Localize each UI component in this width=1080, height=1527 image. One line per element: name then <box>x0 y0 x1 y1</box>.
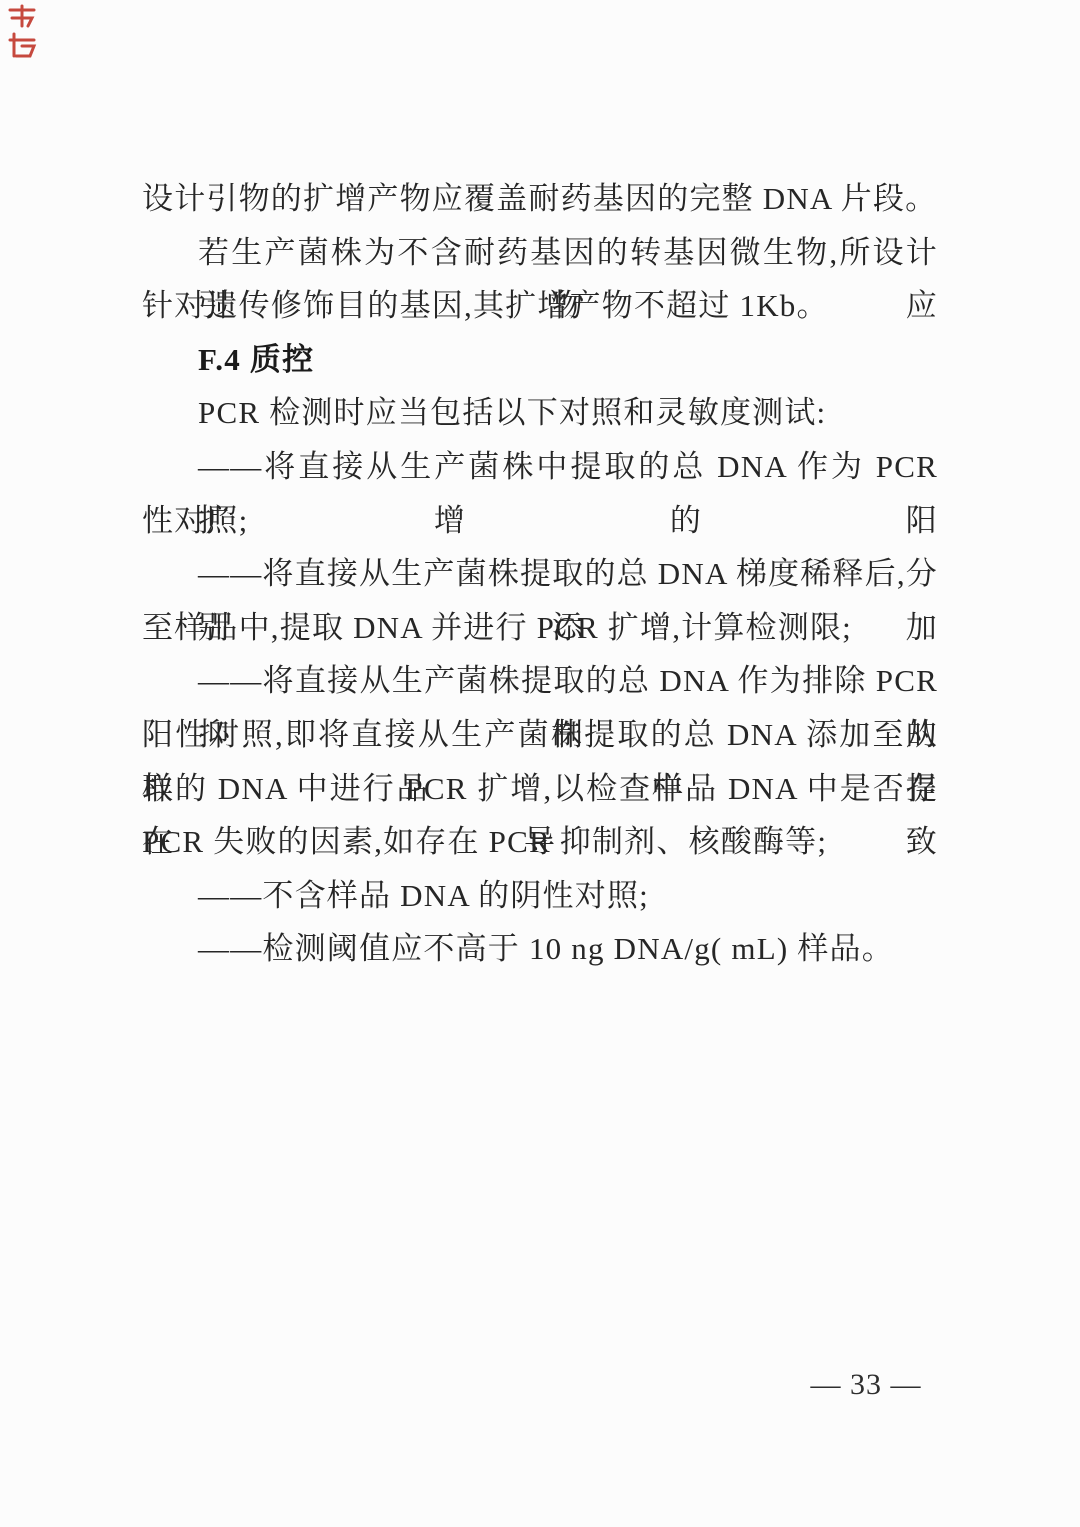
text-line: 针对遗传修饰目的基因,其扩增产物不超过 1Kb。 <box>142 279 938 333</box>
text-line: ——将直接从生产菌株中提取的总 DNA 作为 PCR 扩增的阳 <box>142 440 938 494</box>
document-body: 设计引物的扩增产物应覆盖耐药基因的完整 DNA 片段。若生产菌株为不含耐药基因的… <box>142 172 938 976</box>
text-line: 取的 DNA 中进行 PCR 扩增,以检查样品 DNA 中是否存在导致 <box>142 762 938 816</box>
document-page: 设计引物的扩增产物应覆盖耐药基因的完整 DNA 片段。若生产菌株为不含耐药基因的… <box>0 0 1080 1527</box>
text-line: ——将直接从生产菌株提取的总 DNA 作为排除 PCR 抑制的 <box>142 654 938 708</box>
text-line: PCR 检测时应当包括以下对照和灵敏度测试: <box>142 386 938 440</box>
page-number: — 33 — <box>806 1368 926 1402</box>
text-line: 阳性对照,即将直接从生产菌株提取的总 DNA 添加至从样品中提 <box>142 708 938 762</box>
text-line: 设计引物的扩增产物应覆盖耐药基因的完整 DNA 片段。 <box>142 172 938 226</box>
section-heading: F.4 质控 <box>142 333 938 387</box>
text-line: 至样品中,提取 DNA 并进行 PCR 扩增,计算检测限; <box>142 601 938 655</box>
text-line: ——将直接从生产菌株提取的总 DNA 梯度稀释后,分别添加 <box>142 547 938 601</box>
red-stamp-fragment <box>8 4 42 62</box>
text-line: 若生产菌株为不含耐药基因的转基因微生物,所设计引物应 <box>142 226 938 280</box>
text-line: ——不含样品 DNA 的阴性对照; <box>142 869 938 923</box>
text-line: PCR 失败的因素,如存在 PCR 抑制剂、核酸酶等; <box>142 815 938 869</box>
text-line: ——检测阈值应不高于 10 ng DNA/g( mL) 样品。 <box>142 922 938 976</box>
